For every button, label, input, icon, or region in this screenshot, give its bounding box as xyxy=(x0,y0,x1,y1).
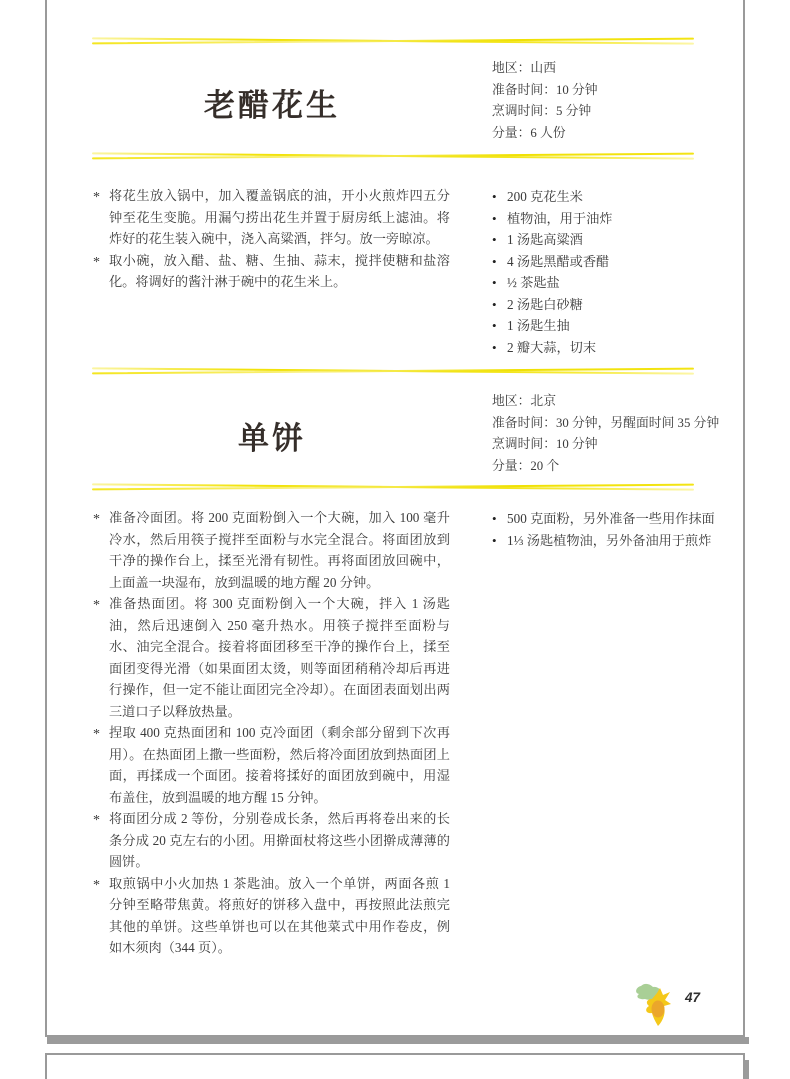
ingredient: 2 瓣大蒜，切末 xyxy=(492,337,697,359)
step: 取煎锅中小火加热 1 茶匙油。放入一个单饼，两面各煎 1 分钟至略带焦黄。将煎好… xyxy=(92,873,450,959)
divider xyxy=(92,149,694,163)
meta-cook-time: 烹调时间：5 分钟 xyxy=(492,101,697,123)
ingredient: ½ 茶匙盐 xyxy=(492,272,697,294)
ingredient: 200 克花生米 xyxy=(492,186,697,208)
meta-prep-time: 准备时间：10 分钟 xyxy=(492,80,697,102)
screenshot-canvas: 老醋花生 地区：山西 准备时间：10 分钟 烹调时间：5 分钟 分量：6 人份 … xyxy=(0,0,790,1079)
ingredient: 1⅓ 汤匙植物油，另外备油用于煎炸 xyxy=(492,530,697,552)
next-page-edge xyxy=(45,1053,745,1079)
recipe-2-ingredients: 500 克面粉，另外准备一些用作抹面 1⅓ 汤匙植物油，另外备油用于煎炸 xyxy=(492,508,697,551)
step: 准备热面团。将 300 克面粉倒入一个大碗，拌入 1 汤匙油，然后迅速倒入 25… xyxy=(92,593,450,722)
recipe-1-ingredients: 200 克花生米 植物油，用于油炸 1 汤匙高粱酒 4 汤匙黑醋或香醋 ½ 茶匙… xyxy=(492,186,697,358)
ingredient: 4 汤匙黑醋或香醋 xyxy=(492,251,697,273)
recipe-1-body: 将花生放入锅中，加入覆盖锅底的油，开小火煎炸四五分钟至花生变脆。用漏勺捞出花生并… xyxy=(92,185,694,365)
leaf-and-fruit-icon xyxy=(633,980,675,1028)
meta-region: 地区：山西 xyxy=(492,58,697,80)
meta-cook-time: 烹调时间：10 分钟 xyxy=(492,434,697,456)
recipe-1-header: 老醋花生 地区：山西 准备时间：10 分钟 烹调时间：5 分钟 分量：6 人份 xyxy=(92,58,694,148)
ingredient: 1 汤匙生抽 xyxy=(492,315,697,337)
recipe-2-title: 单饼 xyxy=(92,413,452,458)
step: 将花生放入锅中，加入覆盖锅底的油，开小火煎炸四五分钟至花生变脆。用漏勺捞出花生并… xyxy=(92,185,450,250)
recipe-1-steps: 将花生放入锅中，加入覆盖锅底的油，开小火煎炸四五分钟至花生变脆。用漏勺捞出花生并… xyxy=(92,185,450,293)
meta-prep-time: 准备时间：30 分钟，另醒面时间 35 分钟 xyxy=(492,413,697,435)
step: 将面团分成 2 等份，分别卷成长条，然后再将卷出来的长条分成 20 克左右的小团… xyxy=(92,808,450,873)
recipe-2-body: 准备冷面团。将 200 克面粉倒入一个大碗，加入 100 毫升冷水，然后用筷子搅… xyxy=(92,507,694,917)
recipe-1-meta: 地区：山西 准备时间：10 分钟 烹调时间：5 分钟 分量：6 人份 xyxy=(492,58,697,144)
recipe-2-header: 单饼 地区：北京 准备时间：30 分钟，另醒面时间 35 分钟 烹调时间：10 … xyxy=(92,391,694,486)
divider-top xyxy=(92,34,694,48)
recipe-1-title: 老醋花生 xyxy=(92,80,452,125)
recipe-2-meta: 地区：北京 准备时间：30 分钟，另醒面时间 35 分钟 烹调时间：10 分钟 … xyxy=(492,391,697,477)
divider xyxy=(92,364,694,378)
step: 取小碗，放入醋、盐、糖、生抽、蒜末，搅拌使糖和盐溶化。将调好的酱汁淋于碗中的花生… xyxy=(92,250,450,293)
meta-servings: 分量：6 人份 xyxy=(492,123,697,145)
ingredient: 植物油，用于油炸 xyxy=(492,208,697,230)
divider xyxy=(92,480,694,494)
step: 捏取 400 克热面团和 100 克冷面团（剩余部分留到下次再用）。在热面团上撒… xyxy=(92,722,450,808)
meta-servings: 分量：20 个 xyxy=(492,456,697,478)
page-number: 47 xyxy=(685,990,700,1005)
meta-region: 地区：北京 xyxy=(492,391,697,413)
ingredient: 500 克面粉，另外准备一些用作抹面 xyxy=(492,508,697,530)
book-page: 老醋花生 地区：山西 准备时间：10 分钟 烹调时间：5 分钟 分量：6 人份 … xyxy=(45,0,745,1037)
ingredient: 2 汤匙白砂糖 xyxy=(492,294,697,316)
recipe-2-steps: 准备冷面团。将 200 克面粉倒入一个大碗，加入 100 毫升冷水，然后用筷子搅… xyxy=(92,507,450,959)
ingredient: 1 汤匙高粱酒 xyxy=(492,229,697,251)
step: 准备冷面团。将 200 克面粉倒入一个大碗，加入 100 毫升冷水，然后用筷子搅… xyxy=(92,507,450,593)
